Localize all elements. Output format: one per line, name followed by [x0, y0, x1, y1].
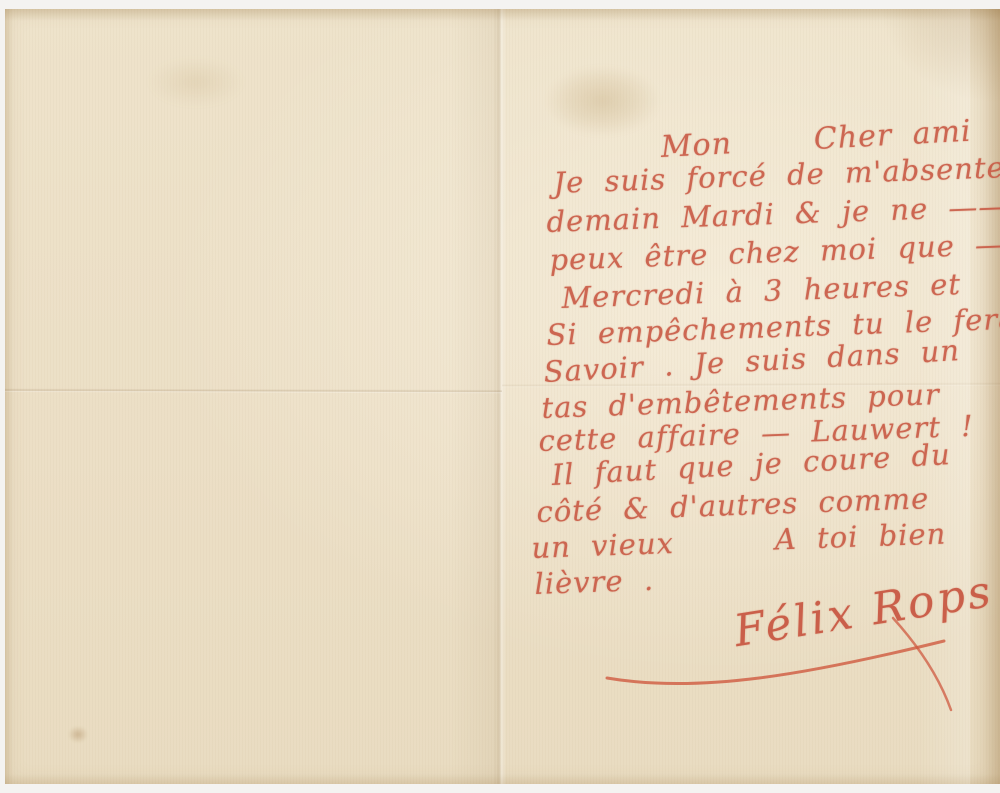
signature-flourish	[0, 0, 1000, 793]
scan-background: Mon Cher amiJe suis forcé de m'absenterd…	[0, 0, 1000, 793]
